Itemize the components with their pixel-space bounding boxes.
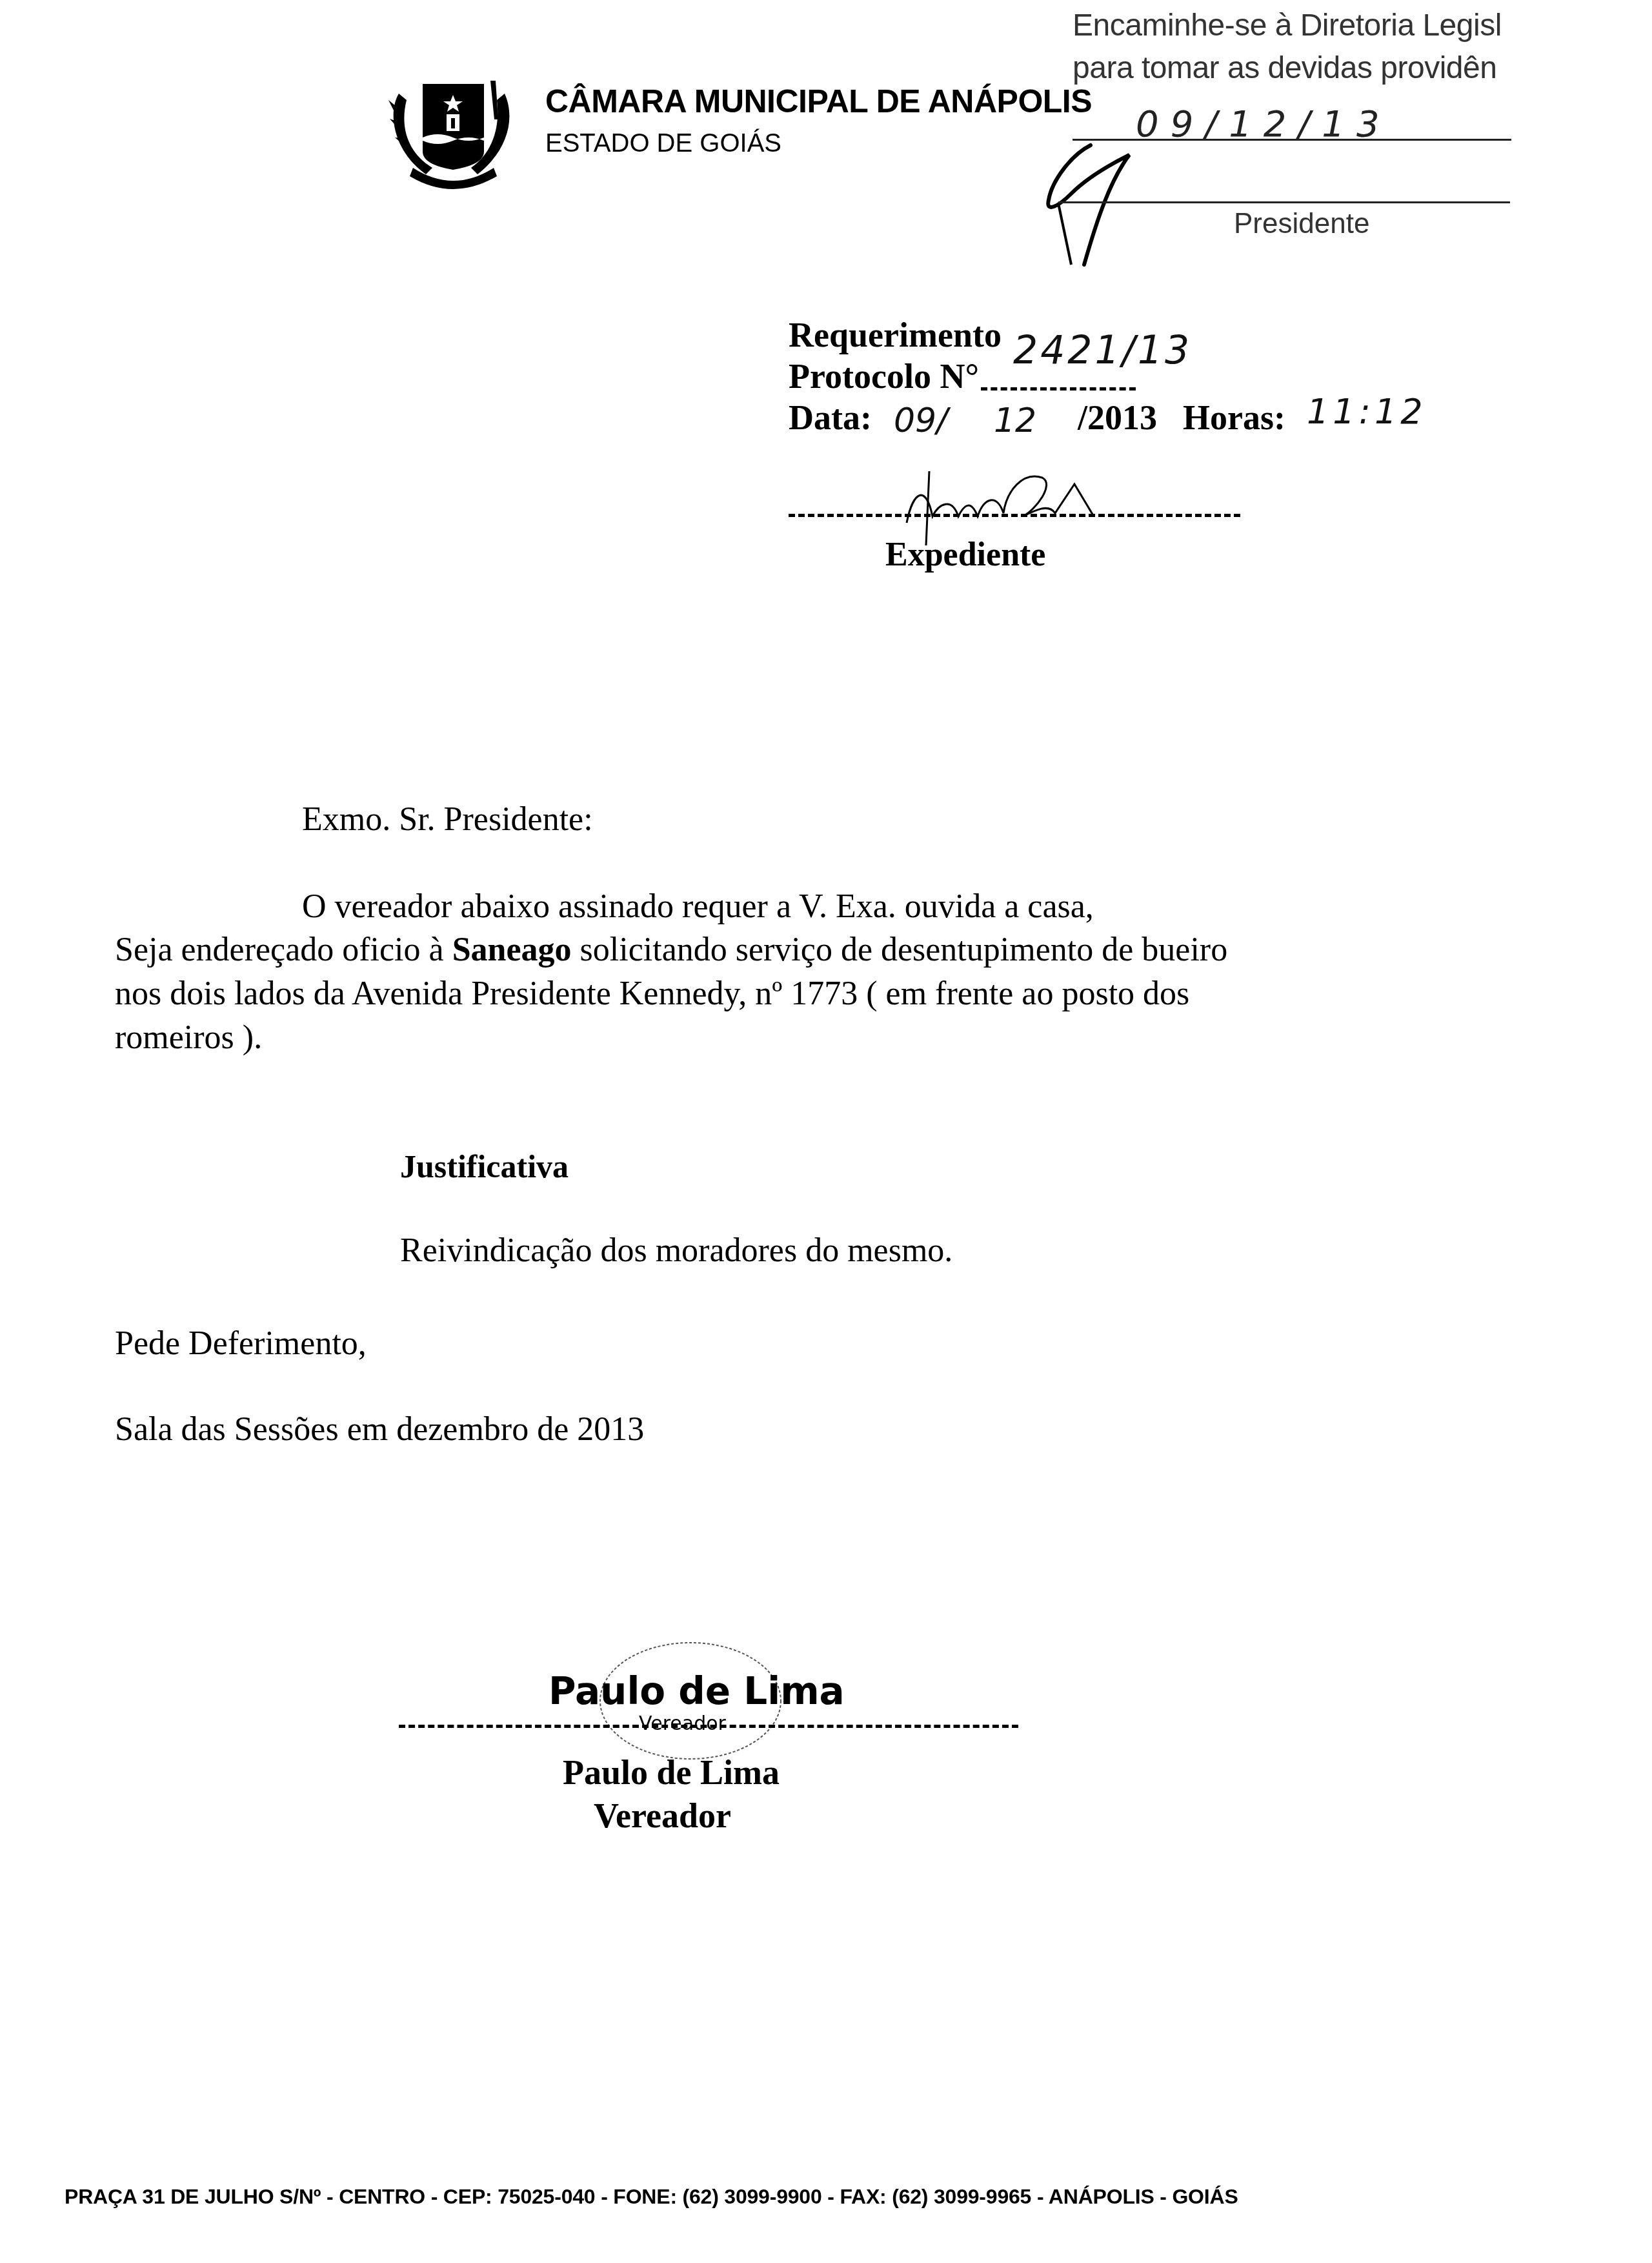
horas-label: Horas:	[1183, 398, 1285, 438]
request-paragraph-line2: Seja endereçado oficio à Saneago solicit…	[115, 931, 1227, 969]
justification-title: Justificativa	[400, 1148, 569, 1185]
routing-date-line	[1073, 139, 1511, 141]
signature-dash-line	[399, 1725, 1018, 1728]
request-paragraph-line4: romeiros ).	[115, 1019, 262, 1057]
request-text-pre: Seja endereçado oficio à	[115, 931, 452, 968]
signatory-role: Vereador	[594, 1796, 731, 1836]
request-text-post: solicitando serviço de desentupimento de…	[572, 931, 1228, 968]
protocolo-label: Protocolo N°	[789, 356, 979, 396]
requerimento-label: Requerimento	[789, 315, 1002, 355]
president-signature-line	[1058, 201, 1510, 203]
data-day: 09/	[894, 401, 948, 440]
saneago-name: Saneago	[452, 931, 572, 968]
vereador-stamp-icon: Paulo de Lima Vereador	[529, 1639, 865, 1769]
request-paragraph-line1: O vereador abaixo assinado requer a V. E…	[302, 888, 1094, 926]
request-paragraph-line3: nos dois lados da Avenida Presidente Ken…	[115, 975, 1189, 1013]
president-label: Presidente	[1234, 208, 1369, 240]
horas-value: 11:12	[1307, 391, 1427, 432]
routing-stamp-line1: Encaminhe-se à Diretoria Legisl	[1073, 8, 1502, 43]
data-label: Data:	[789, 398, 872, 438]
signatory-name: Paulo de Lima	[563, 1752, 780, 1792]
salutation: Exmo. Sr. Presidente:	[302, 800, 593, 838]
coat-of-arms-icon	[387, 55, 516, 190]
svg-text:Paulo de Lima: Paulo de Lima	[549, 1669, 845, 1713]
expediente-dash-line	[789, 514, 1240, 517]
justification-text: Reivindicação dos moradores do mesmo.	[400, 1232, 952, 1270]
data-year: /2013	[1078, 398, 1157, 438]
footer-address: PRAÇA 31 DE JULHO S/Nº - CENTRO - CEP: 7…	[65, 2185, 1238, 2209]
svg-text:Vereador: Vereador	[639, 1712, 727, 1735]
organization-name: CÂMARA MUNICIPAL DE ANÁPOLIS	[545, 83, 1092, 120]
president-signature-icon	[1045, 142, 1226, 271]
protocolo-dash-line	[981, 387, 1136, 391]
data-month: 12	[994, 401, 1036, 440]
place-date-line: Sala das Sessões em dezembro de 2013	[115, 1410, 644, 1448]
closing-line: Pede Deferimento,	[115, 1324, 367, 1363]
organization-state: ESTADO DE GOIÁS	[545, 129, 781, 158]
routing-stamp-line2: para tomar as devidas providên	[1073, 50, 1496, 86]
expediente-label: Expediente	[885, 536, 1045, 574]
protocolo-number: 2421/13	[1013, 328, 1192, 373]
